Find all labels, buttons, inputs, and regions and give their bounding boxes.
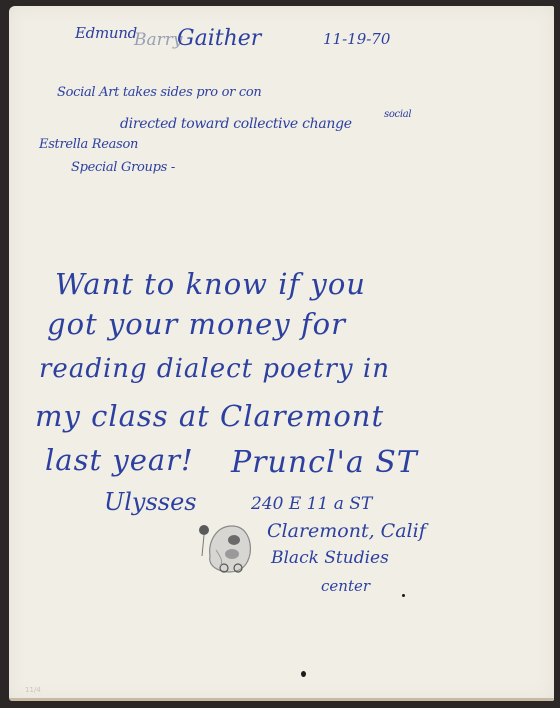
- header-last-name: Gaither: [177, 28, 261, 50]
- note-line-3: Estrella Reason: [39, 138, 138, 151]
- address-city: Claremont, Calif: [267, 522, 426, 541]
- header-first-name: Edmund: [75, 26, 137, 41]
- header-date: 11-19-70: [323, 32, 390, 47]
- pencil-sketch-icon: [190, 516, 260, 578]
- signature: Ulysses: [104, 490, 197, 514]
- note-line-4: Special Groups -: [71, 161, 175, 174]
- note-line-2-insert: social: [384, 110, 411, 120]
- address-street: 240 E 11 a ST: [251, 496, 372, 513]
- message-line-4: my class at Claremont: [35, 402, 384, 431]
- address-dept: Black Studies: [271, 550, 389, 567]
- message-line-3: reading dialect poetry in: [39, 356, 390, 382]
- header-middle-name: Barry: [134, 32, 183, 49]
- note-line-1: Social Art takes sides pro or con: [57, 86, 261, 99]
- note-line-2: directed toward collective change: [120, 117, 352, 131]
- closing-name: Pruncl'a ST: [231, 448, 418, 478]
- address-suffix: center: [321, 579, 370, 594]
- message-line-5: last year!: [45, 446, 194, 475]
- message-line-2: got your money for: [47, 310, 346, 339]
- margin-mark: 11/4: [25, 686, 41, 694]
- scanned-document: Edmund Barry Gaither 11-19-70 Social Art…: [0, 0, 560, 708]
- paper-sheet: Edmund Barry Gaither 11-19-70 Social Art…: [9, 6, 554, 701]
- ink-dot: [402, 594, 405, 597]
- message-line-1: Want to know if you: [55, 270, 366, 299]
- punch-mark: [301, 671, 306, 677]
